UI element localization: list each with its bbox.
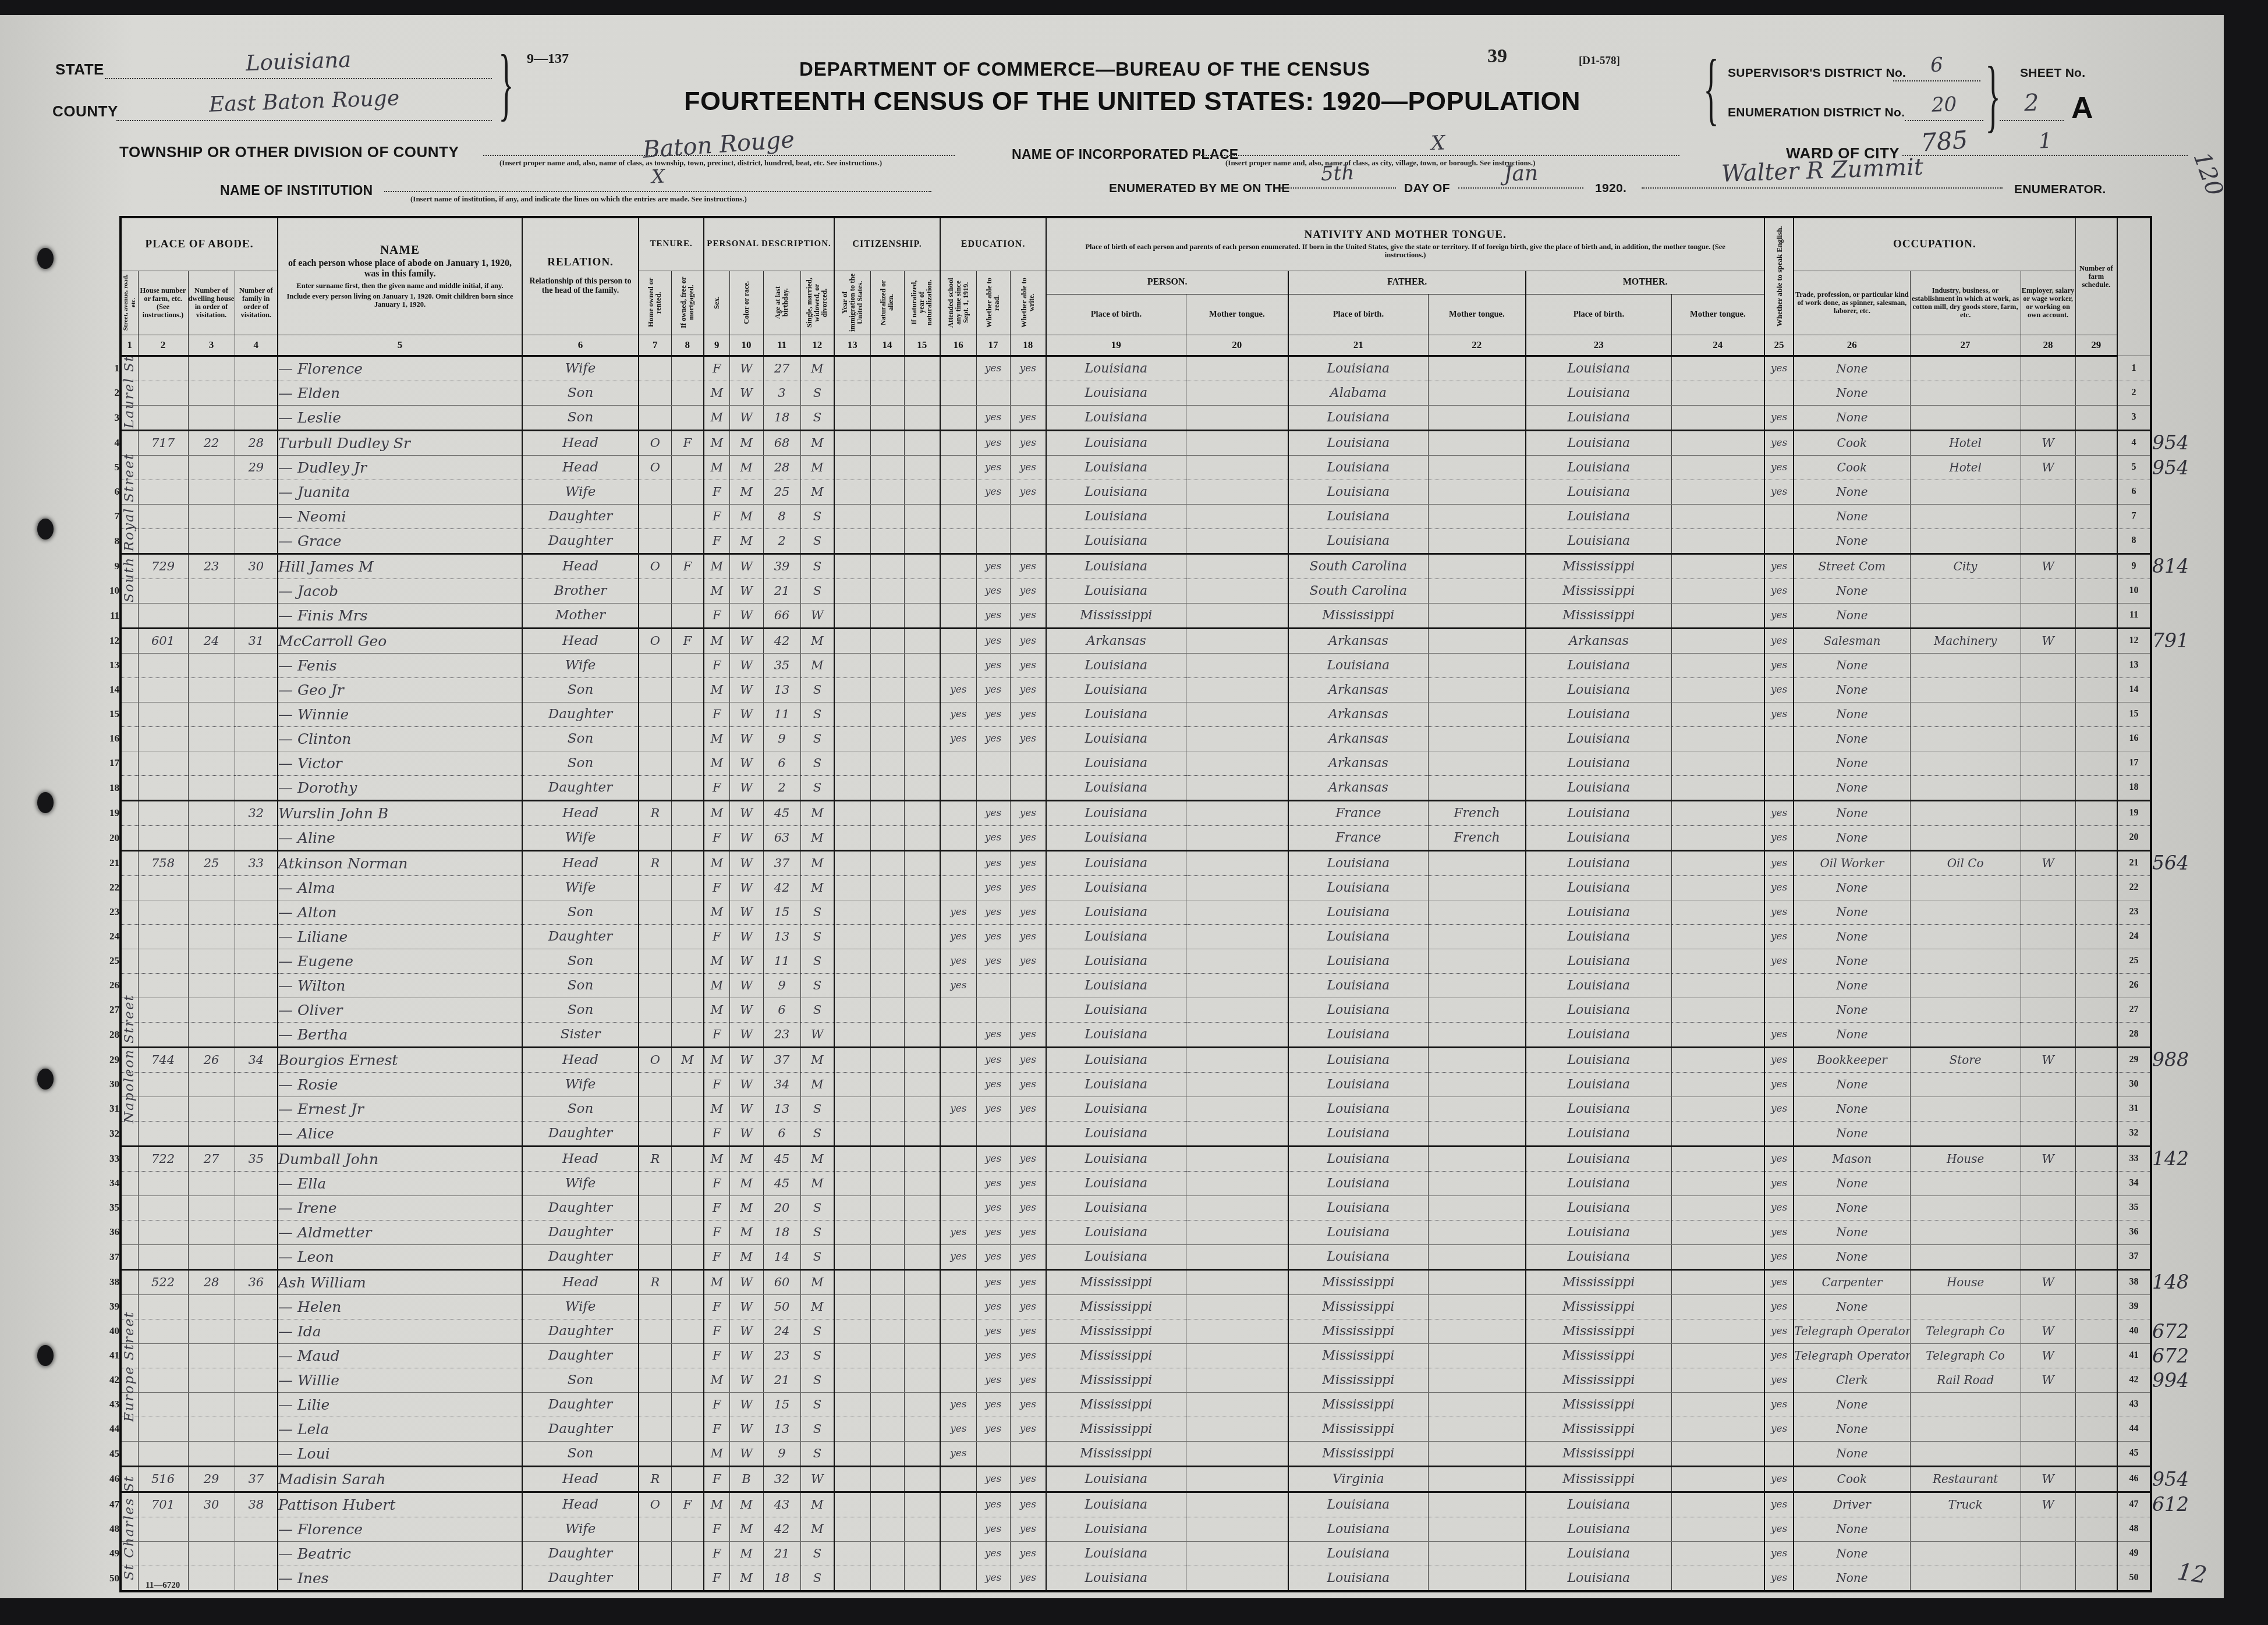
cell-tenure-owned-rented: R: [639, 1466, 671, 1492]
cell-mt-father: [1428, 1517, 1526, 1541]
cell-line-number: 47: [2117, 1492, 2151, 1517]
cell-mt-mother: [1671, 1097, 1764, 1121]
cell-pob-father: Louisiana: [1288, 1022, 1428, 1047]
cell-margin-code: [2151, 998, 2221, 1022]
cell-occupation: Cook: [1794, 430, 1910, 455]
cell-mt-mother: [1671, 1244, 1764, 1269]
cell-tenure-owned-rented: [639, 1244, 671, 1269]
cell-year-immigration: [834, 726, 870, 751]
cell-occupation: None: [1794, 603, 1910, 628]
cell-age: 6: [763, 1121, 800, 1146]
cell-marital-status: M: [800, 1047, 834, 1072]
cell-name: — Victor: [278, 751, 522, 775]
cell-dwelling-number: [188, 455, 235, 480]
cell-pob-mother: Louisiana: [1526, 1146, 1671, 1171]
name-title: NAME: [278, 243, 522, 257]
cell-age: 18: [763, 1220, 800, 1244]
cell-mt-person: [1186, 628, 1288, 653]
cell-pob-person: Louisiana: [1046, 1121, 1186, 1146]
street-name: South Royal Street: [122, 429, 139, 627]
cell-family-number: 33: [235, 850, 278, 875]
table-row: 48— FlorenceWifeFM42MyesyesLouisianaLoui…: [96, 1517, 2221, 1541]
cell-pob-mother: Louisiana: [1526, 381, 1671, 405]
cell-pob-mother: Louisiana: [1526, 998, 1671, 1022]
cell-able-write: yes: [1010, 726, 1046, 751]
cell-line-number: 18: [2117, 775, 2151, 800]
cell-dwelling-number: [188, 603, 235, 628]
cell-employer-class: [2021, 405, 2075, 430]
street-name: Napoleon Street: [122, 874, 139, 1243]
cell-line-number: 33: [2117, 1146, 2151, 1171]
cell-family-number: [235, 900, 278, 924]
cell-pob-person: Mississippi: [1046, 1294, 1186, 1319]
cell-occupation: Mason: [1794, 1146, 1910, 1171]
cell-mt-person: [1186, 603, 1288, 628]
cell-dwelling-number: [188, 1517, 235, 1541]
cell-pob-person: Louisiana: [1046, 1072, 1186, 1097]
cell-occupation: None: [1794, 775, 1910, 800]
cell-age: 15: [763, 900, 800, 924]
cell-year-naturalization: [904, 1244, 940, 1269]
cell-farm-schedule: [2075, 504, 2117, 528]
cell-age: 42: [763, 875, 800, 900]
cell-year-naturalization: [904, 800, 940, 825]
cell-line-number: 39: [96, 1294, 121, 1319]
cell-year-naturalization: [904, 875, 940, 900]
cell-able-read: yes: [976, 1022, 1010, 1047]
cell-able-write: yes: [1010, 677, 1046, 702]
cell-able-write: yes: [1010, 1269, 1046, 1294]
col-occupation: Trade, profession, or particular kind of…: [1794, 271, 1910, 335]
cell-relation: Son: [522, 751, 639, 775]
street-name: Europe Street: [122, 1268, 139, 1465]
cell-year-naturalization: [904, 677, 940, 702]
cell-line-number: 13: [2117, 653, 2151, 677]
cell-line-number: 23: [2117, 900, 2151, 924]
cell-dwelling-number: [188, 480, 235, 504]
cell-color-race: W: [729, 1047, 763, 1072]
cell-mt-father: [1428, 1541, 1526, 1566]
cell-relation: Head: [522, 430, 639, 455]
cell-occupation: None: [1794, 1392, 1910, 1417]
cell-mt-father: [1428, 528, 1526, 554]
cell-tenure-owned-rented: R: [639, 800, 671, 825]
marital-label: Single, married, widowed, or divorced.: [806, 273, 828, 332]
cell-attended-school: yes: [940, 973, 976, 998]
name-note1: Enter surname first, then the given name…: [278, 281, 522, 291]
cell-house-number: [138, 1441, 188, 1466]
cell-marital-status: S: [800, 702, 834, 726]
cell-farm-schedule: [2075, 455, 2117, 480]
cell-relation: Daughter: [522, 775, 639, 800]
cell-pob-person: Mississippi: [1046, 1269, 1186, 1294]
cell-tenure-owned-rented: [639, 1220, 671, 1244]
cell-street: [121, 702, 138, 726]
cell-attended-school: [940, 1566, 976, 1591]
nativity-note: Place of birth of each person and parent…: [1047, 242, 1764, 260]
cell-color-race: W: [729, 356, 763, 381]
cell-line-number: 36: [2117, 1220, 2151, 1244]
cell-marital-status: M: [800, 1171, 834, 1195]
cell-color-race: M: [729, 504, 763, 528]
cell-pob-person: Mississippi: [1046, 1392, 1186, 1417]
cell-line-number: 20: [96, 825, 121, 850]
cell-speaks-english: yes: [1764, 1022, 1794, 1047]
cell-pob-father: Louisiana: [1288, 924, 1428, 949]
cell-line-number: 10: [2117, 579, 2151, 603]
cell-able-read: yes: [976, 1195, 1010, 1220]
cell-age: 18: [763, 405, 800, 430]
cell-farm-schedule: [2075, 850, 2117, 875]
cell-speaks-english: yes: [1764, 1541, 1794, 1566]
cell-name: — Leslie: [278, 405, 522, 430]
cell-naturalized: [870, 1121, 904, 1146]
cell-color-race: M: [729, 455, 763, 480]
cell-speaks-english: [1764, 1441, 1794, 1466]
col-number: 17: [976, 335, 1010, 356]
cell-employer-class: [2021, 1294, 2075, 1319]
cell-dwelling-number: [188, 1319, 235, 1343]
cell-pob-mother: Louisiana: [1526, 726, 1671, 751]
cell-speaks-english: [1764, 504, 1794, 528]
cell-able-write: yes: [1010, 1220, 1046, 1244]
cell-year-naturalization: [904, 1269, 940, 1294]
cell-name: Ash William: [278, 1269, 522, 1294]
cell-pob-person: Mississippi: [1046, 603, 1186, 628]
cell-sex: M: [704, 998, 729, 1022]
cell-line-number: 17: [2117, 751, 2151, 775]
col-number: 7: [639, 335, 671, 356]
cell-tenure-owned-rented: [639, 924, 671, 949]
cell-house-number: [138, 405, 188, 430]
cell-year-immigration: [834, 1566, 870, 1591]
cell-family-number: [235, 1441, 278, 1466]
table-row: 34— EllaWifeFM45MyesyesLouisianaLouisian…: [96, 1171, 2221, 1195]
enumerator-signature: Walter R Zummit: [1721, 154, 1923, 187]
institution-note: (Insert name of institution, if any, and…: [410, 194, 747, 204]
cell-sex: F: [704, 1541, 729, 1566]
cell-sex: F: [704, 1392, 729, 1417]
cell-pob-father: Mississippi: [1288, 1368, 1428, 1392]
cell-year-immigration: [834, 1492, 870, 1517]
cell-able-write: yes: [1010, 900, 1046, 924]
cell-pob-father: Arkansas: [1288, 775, 1428, 800]
cell-sex: M: [704, 1368, 729, 1392]
cell-tenure-free-mortgaged: [671, 949, 704, 973]
cell-employer-class: [2021, 1072, 2075, 1097]
cell-tenure-owned-rented: [639, 900, 671, 924]
cell-occupation: None: [1794, 1220, 1910, 1244]
cell-speaks-english: yes: [1764, 603, 1794, 628]
cell-color-race: M: [729, 480, 763, 504]
cell-pob-mother: Louisiana: [1526, 405, 1671, 430]
cell-family-number: 37: [235, 1466, 278, 1492]
cell-pob-father: Mississippi: [1288, 603, 1428, 628]
table-row: 31— Ernest JrSonMW13SyesyesyesLouisianaL…: [96, 1097, 2221, 1121]
cell-year-immigration: [834, 1541, 870, 1566]
col-number: 18: [1010, 335, 1046, 356]
cell-mt-mother: [1671, 1072, 1764, 1097]
census-sheet: 9—137 STATE Louisiana COUNTY East Baton …: [0, 15, 2224, 1598]
cell-pob-mother: Mississippi: [1526, 554, 1671, 579]
cell-dwelling-number: 30: [188, 1492, 235, 1517]
cell-family-number: [235, 1517, 278, 1541]
cell-house-number: [138, 1097, 188, 1121]
table-row: 385222836Ash WilliamHeadRMW60MyesyesMiss…: [96, 1269, 2221, 1294]
cell-year-naturalization: [904, 1319, 940, 1343]
cell-able-write: [1010, 998, 1046, 1022]
cell-year-naturalization: [904, 628, 940, 653]
cell-line-number: 37: [96, 1244, 121, 1269]
cell-employer-class: [2021, 1022, 2075, 1047]
cell-speaks-english: yes: [1764, 1171, 1794, 1195]
cell-sex: F: [704, 1171, 729, 1195]
cell-pob-father: Louisiana: [1288, 653, 1428, 677]
cell-attended-school: [940, 455, 976, 480]
cell-mt-father: [1428, 1294, 1526, 1319]
cell-farm-schedule: [2075, 1171, 2117, 1195]
cell-tenure-free-mortgaged: [671, 480, 704, 504]
cell-mt-person: [1186, 702, 1288, 726]
cell-street: [121, 775, 138, 800]
cell-relation: Son: [522, 381, 639, 405]
table-row: 2— EldenSonMW3SLouisianaAlabamaLouisiana…: [96, 381, 2221, 405]
col-color-race: Color or race.: [729, 271, 763, 335]
cell-able-write: yes: [1010, 1195, 1046, 1220]
cell-attended-school: yes: [940, 900, 976, 924]
cell-mt-person: [1186, 1121, 1288, 1146]
cell-pob-father: Louisiana: [1288, 1097, 1428, 1121]
cell-tenure-owned-rented: [639, 1417, 671, 1441]
cell-pob-mother: Louisiana: [1526, 1097, 1671, 1121]
cell-pob-father: Louisiana: [1288, 455, 1428, 480]
cell-naturalized: [870, 1368, 904, 1392]
cell-color-race: W: [729, 1368, 763, 1392]
cell-tenure-owned-rented: [639, 702, 671, 726]
cell-mt-person: [1186, 1047, 1288, 1072]
cell-year-immigration: [834, 875, 870, 900]
cell-industry: [1910, 998, 2021, 1022]
cell-able-write: yes: [1010, 603, 1046, 628]
cell-relation: Head: [522, 554, 639, 579]
cell-margin-code: [2151, 949, 2221, 973]
cell-year-naturalization: [904, 1541, 940, 1566]
cell-family-number: 30: [235, 554, 278, 579]
cell-color-race: W: [729, 875, 763, 900]
cell-industry: [1910, 1417, 2021, 1441]
cell-pob-mother: Louisiana: [1526, 1195, 1671, 1220]
cell-house-number: 522: [138, 1269, 188, 1294]
cell-mt-father: [1428, 1343, 1526, 1368]
cell-pob-father: Louisiana: [1288, 1121, 1428, 1146]
cell-mt-mother: [1671, 1441, 1764, 1466]
cell-house-number: [138, 924, 188, 949]
cell-industry: [1910, 1195, 2021, 1220]
cell-occupation: None: [1794, 504, 1910, 528]
cell-year-immigration: [834, 405, 870, 430]
cell-margin-code: 672: [2151, 1319, 2221, 1343]
cell-color-race: W: [729, 1022, 763, 1047]
cell-mt-father: [1428, 1269, 1526, 1294]
cell-pob-person: Louisiana: [1046, 1022, 1186, 1047]
col-number: 9: [704, 335, 729, 356]
cell-mt-person: [1186, 924, 1288, 949]
cell-tenure-owned-rented: [639, 480, 671, 504]
cell-tenure-free-mortgaged: [671, 603, 704, 628]
cell-relation: Brother: [522, 579, 639, 603]
cell-pob-father: Arkansas: [1288, 628, 1428, 653]
cell-relation: Son: [522, 973, 639, 998]
cell-tenure-owned-rented: [639, 381, 671, 405]
cell-color-race: W: [729, 702, 763, 726]
cell-color-race: W: [729, 850, 763, 875]
cell-dwelling-number: [188, 875, 235, 900]
cell-line-number: 31: [96, 1097, 121, 1121]
left-brace: }: [498, 38, 514, 132]
cell-farm-schedule: [2075, 1146, 2117, 1171]
age-label: Age at last birthday.: [774, 273, 789, 332]
table-row: 1— FlorenceWifeFW27MyesyesLouisianaLouis…: [96, 356, 2221, 381]
cell-age: 37: [763, 850, 800, 875]
cell-pob-father: Louisiana: [1288, 1146, 1428, 1171]
table-row: 41— MaudDaughterFW23SyesyesMississippiMi…: [96, 1343, 2221, 1368]
cell-year-immigration: [834, 381, 870, 405]
cell-tenure-free-mortgaged: [671, 405, 704, 430]
cell-attended-school: [940, 1146, 976, 1171]
cell-mt-person: [1186, 1417, 1288, 1441]
table-row: 35— IreneDaughterFM20SyesyesLouisianaLou…: [96, 1195, 2221, 1220]
cell-mt-father: French: [1428, 825, 1526, 850]
cell-tenure-free-mortgaged: [671, 900, 704, 924]
cell-line-number: 40: [96, 1319, 121, 1343]
cell-year-immigration: [834, 603, 870, 628]
enumerated-day-field: 5th: [1280, 162, 1396, 189]
cell-relation: Daughter: [522, 1417, 639, 1441]
cell-line-number: 9: [96, 554, 121, 579]
cell-margin-code: 954: [2151, 430, 2221, 455]
cell-mt-person: [1186, 1146, 1288, 1171]
cell-year-naturalization: [904, 480, 940, 504]
cell-employer-class: [2021, 381, 2075, 405]
table-row: 50— InesDaughterFM18SyesyesLouisianaLoui…: [96, 1566, 2221, 1591]
cell-relation: Head: [522, 850, 639, 875]
cell-house-number: [138, 677, 188, 702]
table-row: 3— LeslieSonMW18SyesyesLouisianaLouisian…: [96, 405, 2221, 430]
col-sex: Sex.: [704, 271, 729, 335]
cell-tenure-owned-rented: R: [639, 850, 671, 875]
cell-attended-school: [940, 1269, 976, 1294]
cell-house-number: [138, 1244, 188, 1269]
cell-able-read: yes: [976, 1294, 1010, 1319]
cell-line-number: 8: [2117, 528, 2151, 554]
cell-year-naturalization: [904, 1022, 940, 1047]
cell-pob-mother: Louisiana: [1526, 1541, 1671, 1566]
cell-house-number: [138, 381, 188, 405]
cell-age: 6: [763, 998, 800, 1022]
cell-mt-mother: [1671, 1319, 1764, 1343]
cell-able-write: [1010, 504, 1046, 528]
cell-year-naturalization: [904, 653, 940, 677]
cell-pob-father: Louisiana: [1288, 356, 1428, 381]
cell-year-immigration: [834, 455, 870, 480]
cell-line-number: 30: [96, 1072, 121, 1097]
cell-tenure-free-mortgaged: [671, 924, 704, 949]
sheet-label: SHEET No.: [2020, 66, 2085, 80]
cell-name: Turbull Dudley Sr: [278, 430, 522, 455]
cell-tenure-owned-rented: [639, 1319, 671, 1343]
cell-farm-schedule: [2075, 653, 2117, 677]
cell-name: — Lilie: [278, 1392, 522, 1417]
cell-employer-class: W: [2021, 554, 2075, 579]
table-row: 15— WinnieDaughterFW11SyesyesyesLouisian…: [96, 702, 2221, 726]
cell-industry: [1910, 653, 2021, 677]
cell-house-number: 516: [138, 1466, 188, 1492]
cell-pob-person: Louisiana: [1046, 504, 1186, 528]
cell-employer-class: [2021, 1566, 2075, 1591]
cell-marital-status: S: [800, 1319, 834, 1343]
cell-relation: Daughter: [522, 1541, 639, 1566]
cell-tenure-free-mortgaged: [671, 726, 704, 751]
cell-mt-father: [1428, 677, 1526, 702]
cell-pob-mother: Louisiana: [1526, 875, 1671, 900]
cell-able-read: [976, 1441, 1010, 1466]
cell-age: 21: [763, 1541, 800, 1566]
cell-house-number: [138, 1022, 188, 1047]
col-number: 12: [800, 335, 834, 356]
cell-occupation: None: [1794, 1171, 1910, 1195]
cell-margin-code: 612: [2151, 1492, 2221, 1517]
cell-sex: M: [704, 405, 729, 430]
institution-label: NAME OF INSTITUTION: [220, 183, 373, 198]
cell-tenure-owned-rented: [639, 405, 671, 430]
cell-dwelling-number: [188, 825, 235, 850]
cell-speaks-english: yes: [1764, 1319, 1794, 1343]
cell-year-naturalization: [904, 1195, 940, 1220]
cell-pob-person: Louisiana: [1046, 973, 1186, 998]
cell-farm-schedule: [2075, 628, 2117, 653]
cell-tenure-free-mortgaged: [671, 1392, 704, 1417]
cell-name: — Ella: [278, 1171, 522, 1195]
cell-pob-father: South Carolina: [1288, 554, 1428, 579]
col-number: 3: [188, 335, 235, 356]
cell-mt-father: [1428, 579, 1526, 603]
cell-mt-person: [1186, 381, 1288, 405]
cell-margin-code: 672: [2151, 1343, 2221, 1368]
cell-line-number: 17: [96, 751, 121, 775]
col-free-mortgaged: If owned, free or mortgaged.: [671, 271, 704, 335]
enumeration-district-label: ENUMERATION DISTRICT No.: [1728, 106, 1905, 120]
cell-farm-schedule: [2075, 1047, 2117, 1072]
cell-able-write: [1010, 973, 1046, 998]
cell-occupation: Carpenter: [1794, 1269, 1910, 1294]
cell-attended-school: [940, 579, 976, 603]
cell-color-race: W: [729, 825, 763, 850]
cell-attended-school: [940, 653, 976, 677]
cell-occupation: Driver: [1794, 1492, 1910, 1517]
cell-year-naturalization: [904, 949, 940, 973]
cell-family-number: [235, 528, 278, 554]
cell-tenure-owned-rented: [639, 603, 671, 628]
cell-tenure-owned-rented: O: [639, 455, 671, 480]
cell-line-number: 37: [2117, 1244, 2151, 1269]
cell-name: — Grace: [278, 528, 522, 554]
cell-mt-father: [1428, 554, 1526, 579]
cell-tenure-owned-rented: [639, 1566, 671, 1591]
cell-occupation: None: [1794, 825, 1910, 850]
cell-pob-mother: Louisiana: [1526, 825, 1671, 850]
cell-line-number: 7: [2117, 504, 2151, 528]
cell-employer-class: [2021, 949, 2075, 973]
